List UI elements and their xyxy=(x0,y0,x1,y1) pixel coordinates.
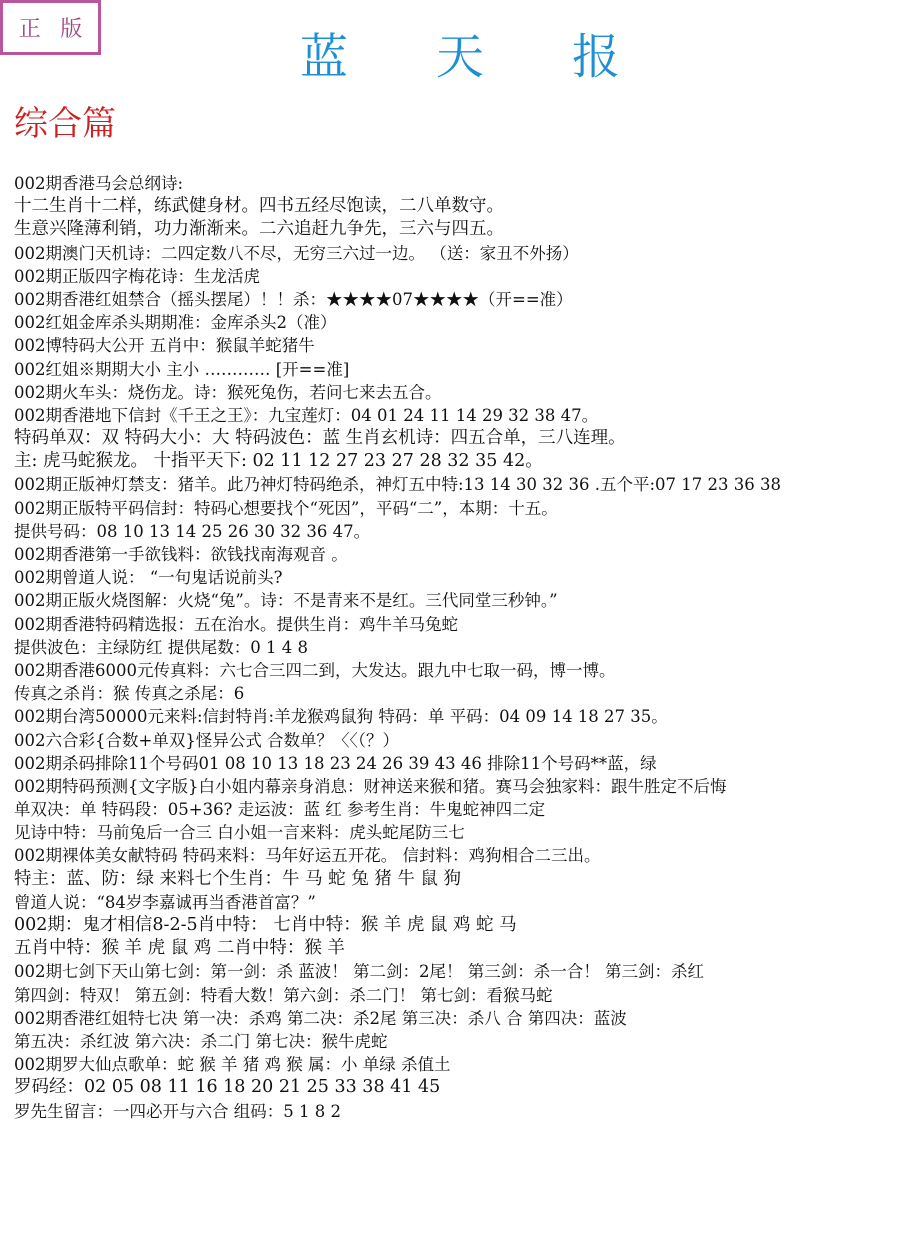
text-line: 002期香港6000元传真料：六七合三四二到，大发达。跟九中七取一码，博一博。 xyxy=(14,659,900,682)
text-line: 002红姐※期期大小 主小 ………… [开==准] xyxy=(14,358,900,381)
badge-char-left: 正 xyxy=(19,12,41,43)
text-line: 002期杀码排除11个号码01 08 10 13 18 23 24 26 39 … xyxy=(14,752,900,775)
text-line: 第五决：杀红波 第六决：杀二门 第七决：猴牛虎蛇 xyxy=(14,1030,900,1053)
article-body: 002期香港马会总纲诗: 十二生肖十二样，练武健身材。四书五经尽饱读，二八单数守… xyxy=(14,172,900,1123)
text-line: 002期香港特码精选报：五在治水。提供生肖：鸡牛羊马兔蛇 xyxy=(14,613,900,636)
text-line: 002期台湾50000元来料:信封特肖:羊龙猴鸡鼠狗 特码：单 平码：04 09… xyxy=(14,705,900,728)
text-line: 002期正版神灯禁支：猪羊。此乃神灯特码绝杀，神灯五中特:13 14 30 32… xyxy=(14,473,900,496)
text-line: 单双决：单 特码段：05+36? 走运波：蓝 红 参考生肖：牛鬼蛇神四二定 xyxy=(14,798,900,821)
text-line: 002期香港地下信封《千王之王》：九宝莲灯：04 01 24 11 14 29 … xyxy=(14,404,900,427)
text-line: 特主：蓝、防：绿 来料七个生肖：牛 马 蛇 兔 猪 牛 鼠 狗 xyxy=(14,868,900,891)
text-line: 002期香港马会总纲诗: xyxy=(14,172,900,195)
text-line: 002博特码大公开 五肖中：猴鼠羊蛇猪牛 xyxy=(14,334,900,357)
badge-char-right: 版 xyxy=(60,12,82,43)
text-line: 罗码经：02 05 08 11 16 18 20 21 25 33 38 41 … xyxy=(14,1076,900,1099)
text-line: 002期裸体美女献特码 特码来料：马年好运五开花。 信封料：鸡狗相合二三出。 xyxy=(14,844,900,867)
text-line: 五肖中特：猴 羊 虎 鼠 鸡 二肖中特：猴 羊 xyxy=(14,937,900,960)
text-line: 十二生肖十二样，练武健身材。四书五经尽饱读，二八单数守。 xyxy=(14,195,900,218)
text-line: 曾道人说：“84岁李嘉诚再当香港首富？” xyxy=(14,891,900,914)
text-line: 002期罗大仙点歌单：蛇 猴 羊 猪 鸡 猴 属：小 单绿 杀值土 xyxy=(14,1053,900,1076)
text-line: 罗先生留言：一四必开与六合 组码：5 1 8 2 xyxy=(14,1100,900,1123)
text-line: 002期特码预测{文字版}白小姐内幕亲身消息：财神送来猴和猪。赛马会独家料：跟牛… xyxy=(14,775,900,798)
text-line: 传真之杀肖：猴 传真之杀尾：6 xyxy=(14,682,900,705)
text-line: 主: 虎马蛇猴龙。 十指平天下: 02 11 12 27 23 27 28 32… xyxy=(14,450,900,473)
text-line: 002期曾道人说： “一句鬼话说前头? xyxy=(14,566,900,589)
text-line: 提供号码：08 10 13 14 25 26 30 32 36 47。 xyxy=(14,520,900,543)
text-line: 生意兴隆薄利销，功力渐渐来。二六追赶九争先，三六与四五。 xyxy=(14,218,900,241)
masthead-char: 报 xyxy=(572,18,620,87)
masthead-char: 蓝 xyxy=(300,18,348,87)
text-line: 002六合彩{合数+单双}怪异公式 合数单？〈〈（？） xyxy=(14,729,900,752)
text-line: 002期香港红姐特七决 第一决：杀鸡 第二决：杀2尾 第三决：杀八 合 第四决：… xyxy=(14,1007,900,1030)
text-line: 002期正版特平码信封：特码心想要找个“死因”，平码“二”，本期：十五。 xyxy=(14,497,900,520)
text-line: 第四剑：特双！ 第五剑：特看大数！第六剑：杀二门！ 第七剑：看猴马蛇 xyxy=(14,984,900,1007)
text-line: 002期：鬼才相信8-2-5肖中特： 七肖中特：猴 羊 虎 鼠 鸡 蛇 马 xyxy=(14,914,900,937)
text-line: 002期七剑下天山第七剑：第一剑：杀 蓝波！ 第二剑：2尾！ 第三剑：杀一合！ … xyxy=(14,960,900,983)
section-title: 综合篇 xyxy=(14,96,116,145)
text-line: 002期香港红姐禁合（摇头摆尾）！！杀：★★★★07★★★★（开==准） xyxy=(14,288,900,311)
text-line: 002期正版四字梅花诗：生龙活虎 xyxy=(14,265,900,288)
text-line: 002期澳门天机诗：二四定数八不尽，无穷三六过一边。 （送：家丑不外扬） xyxy=(14,242,900,265)
authentic-edition-badge: 正 版 xyxy=(0,0,101,55)
text-line: 提供波色：主绿防红 提供尾数：0 1 4 8 xyxy=(14,636,900,659)
text-line: 002期香港第一手欲钱料：欲钱找南海观音 。 xyxy=(14,543,900,566)
masthead-char: 天 xyxy=(436,18,484,87)
text-line: 002期正版火烧图解：火烧“兔”。诗：不是青来不是红。三代同堂三秒钟。” xyxy=(14,589,900,612)
text-line: 特码单双：双 特码大小：大 特码波色：蓝 生肖玄机诗：四五合单，三八连理。 xyxy=(14,427,900,450)
text-line: 002红姐金库杀头期期准：金库杀头2（准） xyxy=(14,311,900,334)
text-line: 002期火车头：烧伤龙。诗：猴死兔伤，若问七来去五合。 xyxy=(14,381,900,404)
masthead-title: 蓝 天 报 xyxy=(300,18,620,87)
text-line: 见诗中特：马前兔后一合三 白小姐一言来料：虎头蛇尾防三七 xyxy=(14,821,900,844)
